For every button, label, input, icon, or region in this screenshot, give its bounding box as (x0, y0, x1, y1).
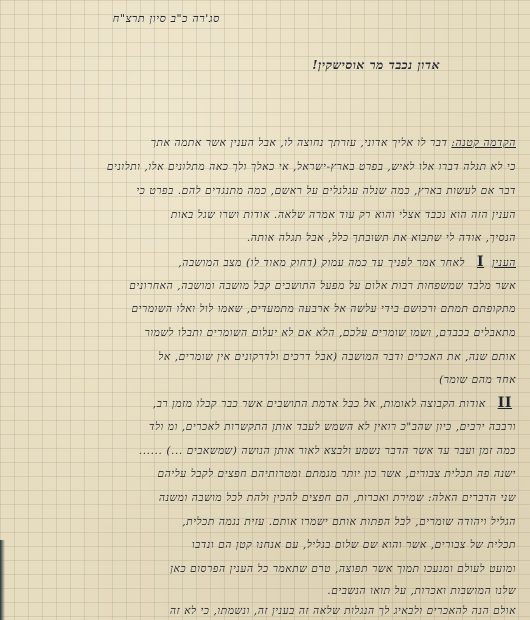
section-1-line-4: מתאבלים בכבדם, ושמו שומרים עלכם, הלא אם … (14, 326, 516, 340)
section-2-line-1: II אודות הקבוצה לאומות, אל כבל אדמת התוש… (14, 396, 516, 411)
section-2-line-5: שני הדברים האלה: שמירת ואכרות, הם חפצים … (14, 491, 516, 505)
section-1-line-6: אחד מהם שומר) (14, 373, 516, 387)
section-1-line-2: אשר מלבד שמשפחות רבות אלום על מפעל התושב… (14, 279, 516, 293)
intro-line-3: דבר אם לעשות בארץ, כמה שנלה עגלגלים על ר… (14, 184, 516, 198)
section-2-line-2: ורבבה ירבים, כיון שהב"כ רואין לא השמש לע… (14, 420, 516, 434)
section-1-line-1: הענין I לאחר אמר לפניך עד כמה עמוק (דחוק… (14, 255, 516, 270)
section-2-line-6: הגליל ויהודה שומרים, לבל הפתות אותם ישמר… (14, 515, 516, 529)
section-2-line-9: שלנו המושבות ואכרות, על תואו הנשבים. (14, 584, 516, 598)
salutation: אדון נכבד מר אוסישקין! (260, 58, 440, 72)
section-2-line-10: אולם הנה להאכרים ולבאיג לך הנגלות שלאה ז… (14, 604, 516, 618)
section-2-line-4: ישנה פה תכלית צבורים, אשר כון יותר מגמתם… (14, 467, 516, 481)
section-1-heading: הענין (492, 257, 516, 269)
intro-text: דבר לו אליך אדוני, עזרתך נחוצה לו, אבל ה… (151, 137, 448, 149)
section-1-numeral: I (477, 255, 484, 270)
section-1-line-3: מתקופתם תמתם ורכושם בידי עלשה אל ארבעה מ… (14, 302, 516, 316)
handwritten-letter: סג'רה כ"ב סיון תרצ"ח אדון נכבד מר אוסישק… (0, 0, 530, 620)
section-2-numeral: II (498, 396, 512, 411)
section-2-line-3: כמה זמן ועבר עד אשר הדבר נשמע ולבצא לאור… (14, 444, 516, 458)
section-1-line-5: אותם שנה, את האכרים ודבר המושבה (אבל דרכ… (14, 350, 516, 364)
section-1-text: לאחר אמר לפניך עד כמה עמוק (דחוק מאוד לו… (178, 257, 465, 269)
section-2-text: אודות הקבוצה לאומות, אל כבל אדמת התושבים… (153, 398, 486, 410)
intro-line-2: כי לא תגלה דברו אלו לאיש, בפרט בארץ-ישרא… (14, 160, 516, 174)
place-date-line: סג'רה כ"ב סיון תרצ"ח (30, 12, 220, 26)
intro-line-1: הקדמה קטנה: דבר לו אליך אדוני, עזרתך נחו… (14, 136, 516, 150)
intro-line-4: הענין הזה הוא נכבד אצלי והוא רק עוד אמרה… (14, 208, 516, 222)
section-2-line-8: ומועט לעולם ומנעכו תמוך אשר תפוצה, טרם ש… (14, 562, 516, 576)
section-2-line-7: תכלית של צבורים, אשר והוא שם שלום בגליל,… (14, 538, 516, 552)
intro-heading: הקדמה קטנה: (451, 137, 516, 149)
intro-line-5: הנסיך, אודה לי שתבוא את תשובתך כלל, אבל … (14, 231, 516, 245)
